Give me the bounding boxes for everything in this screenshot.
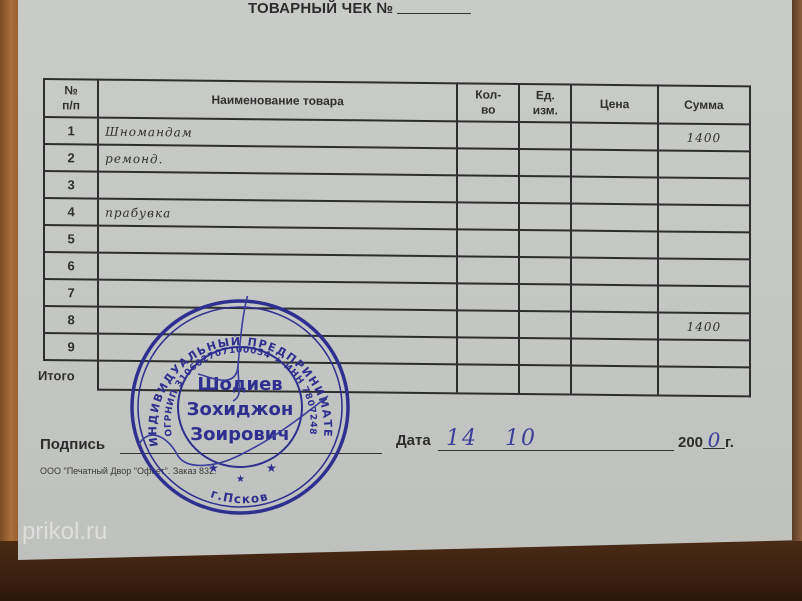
quantity-cell <box>457 310 519 338</box>
header-number: №п/п <box>44 79 98 118</box>
sum-cell: 1400 <box>658 123 750 151</box>
year-prefix: 200 <box>678 434 703 451</box>
quantity-cell <box>457 283 519 311</box>
header-item-name: Наименование товара <box>98 80 457 122</box>
price-cell <box>571 123 657 151</box>
unit-cell <box>519 284 571 312</box>
unit-cell <box>519 257 571 285</box>
quantity-cell <box>457 121 519 149</box>
quantity-cell <box>457 175 519 203</box>
svg-text:★: ★ <box>236 474 245 485</box>
price-cell <box>571 231 657 259</box>
receipt-title: ТОВАРНЫЙ ЧЕК № <box>248 0 471 17</box>
item-name-cell <box>98 253 457 284</box>
sum-cell <box>658 204 750 232</box>
quantity-cell <box>457 337 519 365</box>
price-cell <box>571 285 657 313</box>
date-day: 14 <box>446 426 478 451</box>
sum-cell <box>658 150 750 178</box>
price-cell <box>571 312 657 340</box>
total-sum-cell <box>658 366 750 396</box>
item-name-cell: прабувка <box>98 199 457 230</box>
row-number: 8 <box>44 306 98 334</box>
signature-field: Подпись <box>40 436 105 453</box>
unit-cell <box>519 338 571 366</box>
item-name-cell: ремонд. <box>98 145 457 176</box>
quantity-cell <box>457 256 519 284</box>
year-field: 2000г. <box>678 432 734 451</box>
receipt-number-field <box>397 13 471 14</box>
sum-cell <box>658 339 750 367</box>
row-number: 5 <box>44 225 98 253</box>
sum-cell <box>658 258 750 286</box>
date-month: 10 <box>505 426 537 451</box>
item-name-cell <box>98 172 457 203</box>
wood-background-right <box>792 0 802 545</box>
total-unit-cell <box>519 365 571 395</box>
row-number: 4 <box>44 198 98 226</box>
price-cell <box>571 177 657 205</box>
stamp-name-line2: Зохиджон <box>187 399 294 420</box>
unit-cell <box>519 149 571 177</box>
total-price-cell <box>571 366 657 396</box>
row-number: 2 <box>44 144 98 172</box>
receipt-title-text: ТОВАРНЫЙ ЧЕК № <box>248 0 393 17</box>
price-cell <box>571 150 657 178</box>
price-cell <box>571 204 657 232</box>
unit-cell <box>519 311 571 339</box>
unit-cell <box>519 203 571 231</box>
price-cell <box>571 339 657 367</box>
sum-cell <box>658 231 750 259</box>
watermark: prikol.ru <box>22 518 107 546</box>
date-label: Дата <box>396 432 431 449</box>
year-suffix: г. <box>725 434 734 451</box>
seal-stamp: ИНДИВИДУАЛЬНЫЙ ПРЕДПРИНИМАТЕЛЬ ОГРНИП 31… <box>128 296 352 518</box>
header-unit: Ед.изм. <box>519 84 571 123</box>
svg-text:★: ★ <box>266 461 277 475</box>
header-sum: Сумма <box>658 85 750 124</box>
stamp-city: г.Псков <box>209 486 270 506</box>
item-name-cell <box>98 226 457 257</box>
item-name-cell: Шномандам <box>98 118 457 149</box>
date-field: Дата 14 10 2000г. <box>396 432 431 449</box>
header-quantity: Кол-во <box>457 83 519 122</box>
header-price: Цена <box>571 85 657 124</box>
sum-cell <box>658 177 750 205</box>
sum-cell <box>658 285 750 313</box>
total-label: Итого <box>38 360 92 390</box>
row-number: 1 <box>44 117 98 145</box>
unit-cell <box>519 230 571 258</box>
unit-cell <box>519 176 571 204</box>
sum-cell: 1400 <box>658 312 750 340</box>
row-number: 3 <box>44 171 98 199</box>
price-cell <box>571 258 657 286</box>
quantity-cell <box>457 229 519 257</box>
unit-cell <box>519 122 571 150</box>
total-qty-cell <box>457 364 519 394</box>
quantity-cell <box>457 148 519 176</box>
year-handwritten: 0 <box>703 432 725 449</box>
signature-label: Подпись <box>40 436 105 453</box>
row-number: 7 <box>44 279 98 307</box>
quantity-cell <box>457 202 519 230</box>
date-handwritten: 14 10 <box>446 426 537 451</box>
row-number: 6 <box>44 252 98 280</box>
row-number: 9 <box>44 333 98 361</box>
